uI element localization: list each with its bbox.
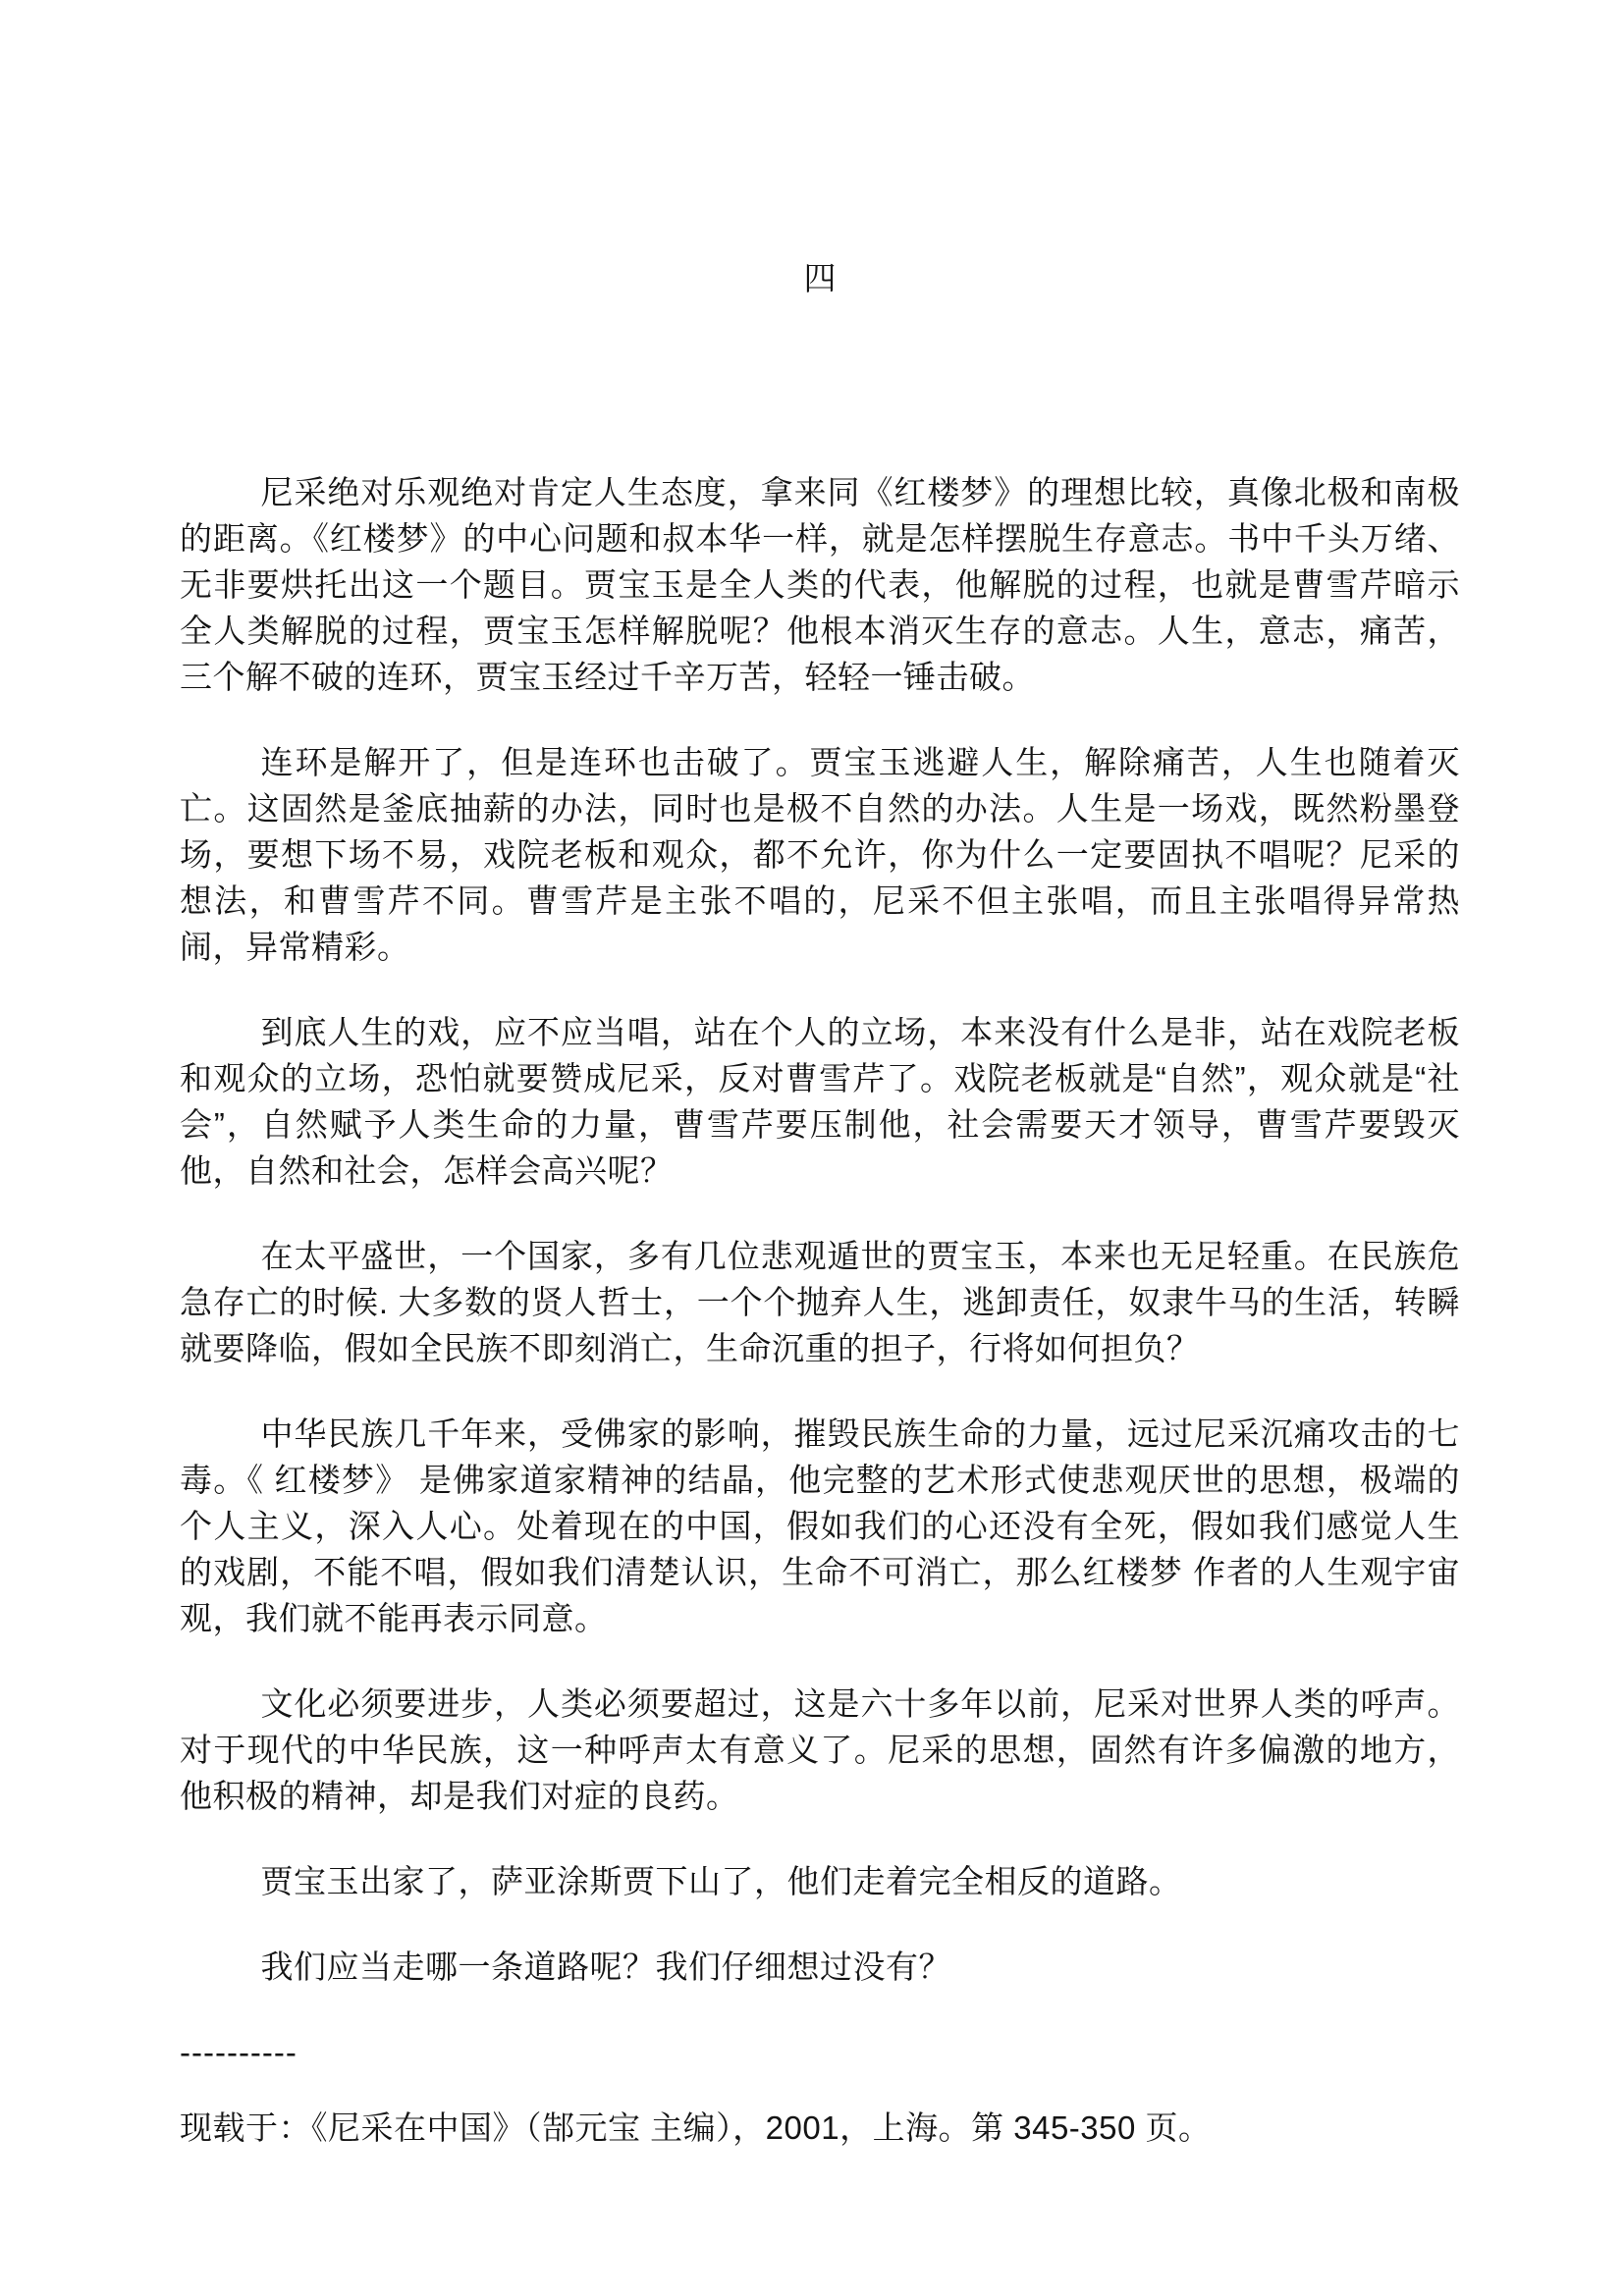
section-title: 四 — [180, 255, 1460, 301]
paragraph-5: 中华民族几千年来，受佛家的影响，摧毁民族生命的力量，远过尼采沉痛攻击的七毒。《 … — [180, 1411, 1460, 1641]
citation-line: 现载于：《尼采在中国》（郜元宝 主编），2001，上海。第 345-350 页。 — [180, 2105, 1460, 2151]
paragraph-8: 我们应当走哪一条道路呢？我们仔细想过没有？ — [180, 1944, 1460, 1990]
paragraph-7: 贾宝玉出家了，萨亚涂斯贾下山了，他们走着完全相反的道路。 — [180, 1858, 1460, 1904]
paragraph-6: 文化必须要进步，人类必须要超过，这是六十多年以前，尼采对世界人类的呼声。对于现代… — [180, 1681, 1460, 1819]
divider-dashes: ---------- — [180, 2029, 1460, 2075]
paragraph-2: 连环是解开了，但是连环也击破了。贾宝玉逃避人生，解除痛苦，人生也随着灭亡。这固然… — [180, 739, 1460, 970]
document-page: 四 尼采绝对乐观绝对肯定人生态度，拿来同《红楼梦》的理想比较，真像北极和南极的距… — [0, 0, 1624, 2296]
paragraph-1: 尼采绝对乐观绝对肯定人生态度，拿来同《红楼梦》的理想比较，真像北极和南极的距离。… — [180, 469, 1460, 700]
paragraph-4: 在太平盛世，一个国家，多有几位悲观遁世的贾宝玉，本来也无足轻重。在民族危急存亡的… — [180, 1233, 1460, 1371]
paragraph-3: 到底人生的戏，应不应当唱，站在个人的立场，本来没有什么是非，站在戏院老板和观众的… — [180, 1009, 1460, 1194]
